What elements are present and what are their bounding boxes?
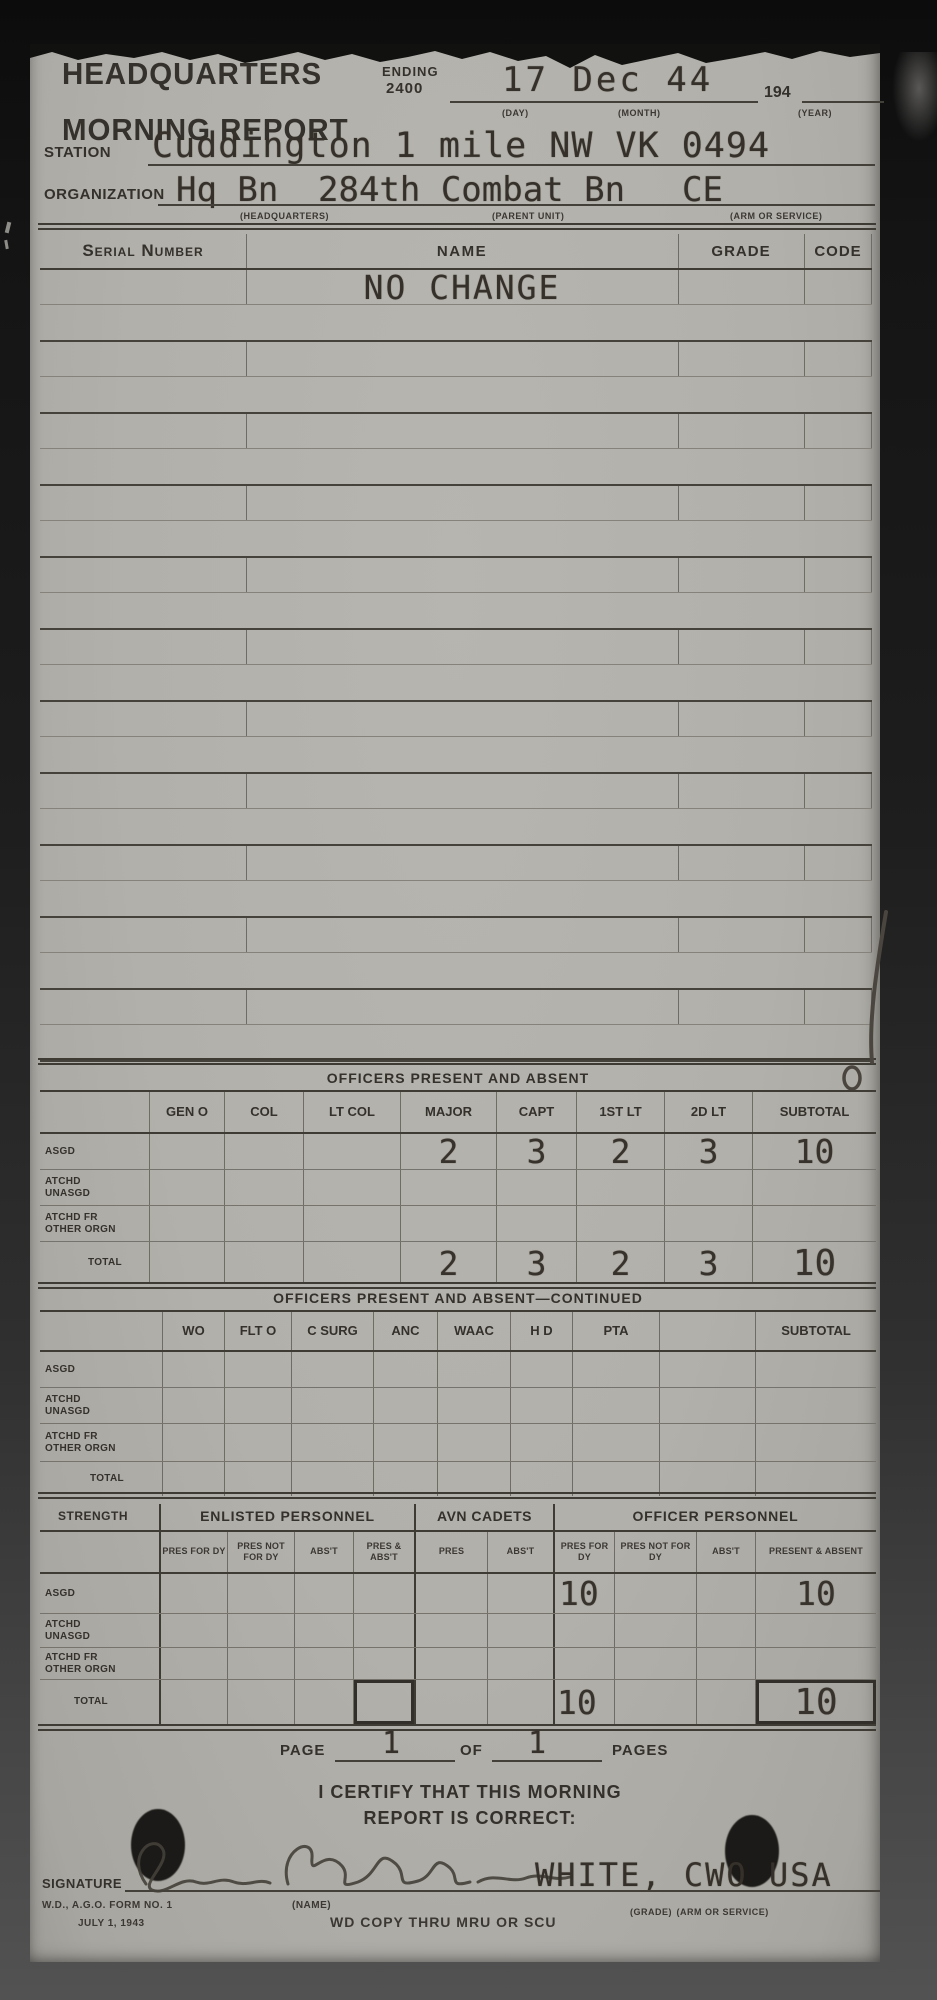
form-paper: HEADQUARTERS MORNING REPORT ENDING 2400 … [30,44,880,1962]
officers-asgd-capt: 3 [496,1134,576,1169]
officers-total-subtotal: 10 [752,1242,876,1284]
strength-row-atchd-unasgd: ATCHD UNASGD [40,1614,876,1648]
officers-total-major: 2 [400,1242,496,1284]
officers-col-col: COL [224,1092,303,1132]
officers-asgd-major: 2 [400,1134,496,1169]
row-label: ATCHD UNASGD [40,1388,162,1423]
strength-total-officer-present-absent: 10 [755,1680,876,1724]
enlisted-col-pres-for-dy: PRES FOR DY [159,1532,227,1572]
roster-col-grade: GRADE [678,243,804,260]
roster-empty-row [40,990,872,1062]
roster-col-name: NAME [246,243,678,260]
roster-empty-row [40,414,872,486]
roster-entry-name: NO CHANGE [246,268,678,307]
roster-entry-row: NO CHANGE [40,270,872,342]
row-label: TOTAL [40,1680,159,1724]
page-number: 1 [382,1726,400,1761]
officers-table-title: OFFICERS PRESENT AND ABSENT [40,1070,876,1086]
signature-typed-name: WHITE, CWO USA [535,1856,833,1894]
strength-group-header-row: STRENGTH ENLISTED PERSONNEL AVN CADETS O… [40,1504,876,1532]
year-underline [802,101,884,103]
strength-bottom-divider [38,1724,876,1731]
signature-underline [125,1890,880,1892]
cont-col-c-surg: C SURG [291,1312,373,1350]
cont-row-total: TOTAL [40,1462,876,1496]
scan-smudge [892,52,937,142]
cont-col-anc: ANC [373,1312,437,1350]
officers-continued-bottom-divider [38,1492,876,1499]
arm-service-caption: (ARM OR SERVICE) [730,211,822,221]
cont-col-h-d: H D [510,1312,572,1350]
officers-table: GEN O COL LT COL MAJOR CAPT 1ST LT 2D LT… [40,1090,876,1284]
row-label: ATCHD UNASGD [40,1614,159,1647]
officers-row-atchd-fr: ATCHD FR OTHER ORGN [40,1206,876,1242]
enlisted-col-pres-not-for-dy: PRES NOT FOR DY [227,1532,294,1572]
day-caption: (DAY) [502,108,529,118]
officers-col-subtotal: SUBTOTAL [752,1092,876,1132]
roster-header-row: Serial Number NAME GRADE CODE [40,234,872,270]
certify-line2: REPORT IS CORRECT: [140,1808,800,1829]
certify-line1: I CERTIFY THAT THIS MORNING [140,1782,800,1803]
officer-col-abst: ABS'T [696,1532,755,1572]
report-date-value: 17 Dec 44 [502,60,713,100]
form-title-line1: HEADQUARTERS [62,56,322,92]
officers-col-gen-o: GEN O [149,1092,224,1132]
officers-row-atchd-unasgd: ATCHD UNASGD [40,1170,876,1206]
form-number: W.D., A.G.O. FORM NO. 1 [42,1900,173,1911]
row-label: ASGD [40,1574,159,1613]
pages-total: 1 [528,1726,546,1761]
roster-empty-row [40,702,872,774]
page-label: PAGE [280,1742,325,1759]
scan-speck [5,222,12,234]
cont-col-blank [659,1312,755,1350]
name-caption: (NAME) [292,1900,331,1911]
officers-col-capt: CAPT [496,1092,576,1132]
strength-group-officer: OFFICER PERSONNEL [553,1504,876,1530]
row-label: ATCHD FR OTHER ORGN [40,1648,159,1679]
strength-row-atchd-fr: ATCHD FR OTHER ORGN [40,1648,876,1680]
row-label: ATCHD FR OTHER ORGN [40,1424,162,1461]
signature-label: SIGNATURE [42,1876,122,1891]
grade-caption: (GRADE) [630,1907,672,1917]
roster-empty-row [40,558,872,630]
officers-continued-table: WO FLT O C SURG ANC WAAC H D PTA SUBTOTA… [40,1310,876,1496]
strength-total-officer-pres: 10 [553,1680,614,1724]
roster-bottom-divider [38,1058,876,1065]
officers-total-1st-lt: 2 [576,1242,664,1284]
organization-label: ORGANIZATION [44,186,165,203]
enlisted-col-pres-abst: PRES & ABS'T [353,1532,414,1572]
roster-empty-row [40,774,872,846]
pages-total-underline [492,1760,602,1762]
pages-label: PAGES [612,1742,668,1759]
ending-label: ENDING [382,64,439,79]
cont-col-subtotal: SUBTOTAL [755,1312,876,1350]
headquarters-caption: (HEADQUARTERS) [240,211,329,221]
cont-col-wo: WO [162,1312,224,1350]
row-label: ASGD [40,1134,149,1169]
parent-unit-caption: (PARENT UNIT) [492,211,564,221]
roster-col-serial: Serial Number [40,241,246,261]
date-underline [450,101,758,103]
cont-row-atchd-fr: ATCHD FR OTHER ORGN [40,1424,876,1462]
roster-col-code: CODE [804,243,872,260]
station-label: STATION [44,144,111,161]
enlisted-col-abst: ABS'T [294,1532,353,1572]
strength-corner-label: STRENGTH [40,1504,159,1530]
station-underline [148,164,875,166]
officers-header-row: GEN O COL LT COL MAJOR CAPT 1ST LT 2D LT… [40,1092,876,1134]
officers-continued-header-row: WO FLT O C SURG ANC WAAC H D PTA SUBTOTA… [40,1312,876,1352]
grade-arm-captions: (GRADE) (ARM OR SERVICE) [630,1902,769,1920]
roster-table: Serial Number NAME GRADE CODE NO CHANGE [40,234,872,1062]
strength-row-asgd: ASGD 10 10 [40,1574,876,1614]
row-label: ATCHD UNASGD [40,1170,149,1205]
scan-speck [4,240,9,249]
officers-col-1st-lt: 1ST LT [576,1092,664,1132]
year-caption: (YEAR) [798,108,832,118]
officer-col-pres-for-dy: PRES FOR DY [553,1532,614,1572]
cont-col-flt-o: FLT O [224,1312,291,1350]
header-divider [38,223,876,230]
roster-empty-row [40,342,872,414]
officers-continued-title: OFFICERS PRESENT AND ABSENT—CONTINUED [40,1290,876,1306]
avn-col-pres: PRES [414,1532,487,1572]
officers-total-2d-lt: 3 [664,1242,752,1284]
strength-group-avn-cadets: AVN CADETS [414,1504,553,1530]
row-label: TOTAL [40,1242,149,1284]
officers-bottom-divider [38,1282,876,1289]
roster-empty-row [40,846,872,918]
cont-row-asgd: ASGD [40,1352,876,1388]
row-label: ATCHD FR OTHER ORGN [40,1206,149,1241]
scanned-morning-report: HEADQUARTERS MORNING REPORT ENDING 2400 … [0,0,937,2000]
officers-row-asgd: ASGD 2 3 2 3 10 [40,1134,876,1170]
strength-group-enlisted: ENLISTED PERSONNEL [159,1504,414,1530]
of-label: OF [460,1742,483,1759]
station-value: Cuddington 1 mile NW VK 0494 [152,126,770,166]
form-date: JULY 1, 1943 [78,1918,145,1929]
month-caption: (MONTH) [618,108,661,118]
organization-underline [158,204,875,206]
cont-col-waac: WAAC [437,1312,510,1350]
officers-asgd-2d-lt: 3 [664,1134,752,1169]
officers-asgd-subtotal: 10 [752,1134,876,1169]
roster-empty-row [40,630,872,702]
roster-empty-rows [40,342,872,1062]
officers-col-lt-col: LT COL [303,1092,400,1132]
officers-total-capt: 3 [496,1242,576,1284]
row-label: ASGD [40,1352,162,1387]
strength-table: STRENGTH ENLISTED PERSONNEL AVN CADETS O… [40,1504,876,1724]
officers-col-major: MAJOR [400,1092,496,1132]
strength-asgd-officer-present-absent: 10 [755,1574,876,1613]
cont-row-atchd-unasgd: ATCHD UNASGD [40,1388,876,1424]
strength-row-total: TOTAL 10 10 [40,1680,876,1724]
copy-routing-note: WD COPY THRU MRU OR SCU [330,1914,557,1930]
ending-time: 2400 [386,80,423,97]
roster-empty-row [40,918,872,990]
arm-service-bottom-caption: (ARM OR SERVICE) [676,1907,768,1917]
officers-col-2d-lt: 2D LT [664,1092,752,1132]
officers-asgd-1st-lt: 2 [576,1134,664,1169]
avn-col-abst: ABS'T [487,1532,553,1572]
officers-row-total: TOTAL 2 3 2 3 10 [40,1242,876,1284]
strength-asgd-officer-pres: 10 [553,1574,614,1613]
officer-col-present-absent: PRESENT & ABSENT [755,1532,876,1572]
officer-col-pres-not-for-dy: PRES NOT FOR DY [614,1532,696,1572]
strength-subheader-row: PRES FOR DY PRES NOT FOR DY ABS'T PRES &… [40,1532,876,1574]
roster-empty-row [40,486,872,558]
year-prefix: 194 [764,84,791,102]
row-label: TOTAL [40,1462,162,1496]
cont-col-pta: PTA [572,1312,659,1350]
